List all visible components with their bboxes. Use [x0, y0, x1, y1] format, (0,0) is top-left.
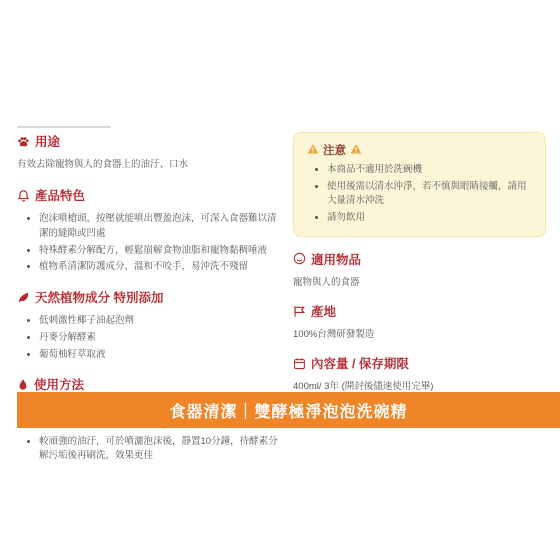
- caution-heading: 注意: [307, 142, 532, 158]
- natural-list: 低刺激性椰子油起泡劑 丹麥分解酵素 葡萄柚籽萃取液: [17, 314, 281, 362]
- usage-text: 有效去除寵物與人的食器上的油汙、口水: [17, 158, 281, 172]
- category-banner: 食器清潔｜雙酵極淨泡泡洗碗精: [17, 392, 560, 428]
- list-item: 植物系清潔防護成分，溫和不咬手，易沖洗不殘留: [39, 260, 281, 275]
- features-title: 產品特色: [35, 186, 85, 204]
- features-heading: 產品特色: [17, 186, 281, 204]
- warning-icon: [307, 143, 319, 158]
- section-applicable-items: 適用物品 寵物與人的食器: [293, 250, 546, 290]
- origin-text: 100%台灣研發製造: [293, 328, 546, 342]
- list-item: 泡沫噴槍頭，按壓就能噴出豐盈泡沫，可深入食器難以清潔的縫隙或凹處: [39, 212, 281, 241]
- section-usage: 用途 有效去除寵物與人的食器上的油汙、口水: [17, 132, 281, 172]
- list-item: 使用後需以清水沖淨，若不慎與眼睛接觸，請用大量清水沖洗: [327, 180, 532, 209]
- caution-title: 注意: [323, 142, 346, 158]
- natural-heading: 天然植物成分 特別添加: [17, 288, 281, 306]
- natural-title: 天然植物成分 特別添加: [35, 288, 163, 306]
- features-list: 泡沫噴槍頭，按壓就能噴出豐盈泡沫，可深入食器難以清潔的縫隙或凹處 特殊酵素分解配…: [17, 212, 281, 275]
- usage-title: 用途: [35, 132, 60, 150]
- section-divider: [17, 126, 111, 128]
- howto-heading: 使用方法: [17, 375, 281, 393]
- banner-title: 食器清潔｜雙酵極淨泡泡洗碗精: [169, 399, 407, 422]
- section-volume-shelf-life: 內容量 / 保存期限 400ml/ 3年 (開封後儘速使用完畢): [293, 354, 546, 394]
- usage-heading: 用途: [17, 132, 281, 150]
- caution-list: 本商品不適用於洗碗機 使用後需以清水沖淨，若不慎與眼睛接觸，請用大量清水沖洗 請…: [307, 163, 532, 226]
- origin-title: 產地: [311, 302, 336, 320]
- list-item: 請勿飲用: [327, 211, 532, 226]
- list-item: 較頑強的油汙，可於噴灑泡沫後，靜置10分鐘，待酵素分解污垢後再刷洗，效果更佳: [39, 435, 281, 464]
- flag-icon: [293, 305, 306, 318]
- droplet-icon: [17, 378, 29, 391]
- caution-box: 注意 本商品不適用於洗碗機 使用後需以清水沖淨，若不慎與眼睛接觸，請用大量清水沖…: [293, 132, 546, 237]
- calendar-icon: [293, 357, 306, 370]
- applicable-title: 適用物品: [311, 250, 361, 268]
- list-item: 丹麥分解酵素: [39, 331, 281, 346]
- list-item: 特殊酵素分解配方，輕鬆崩解食物油脂和寵物黏稠唾液: [39, 244, 281, 259]
- leaf-icon: [17, 291, 30, 304]
- applicable-text: 寵物與人的食器: [293, 276, 546, 290]
- list-item: 葡萄柚籽萃取液: [39, 348, 281, 363]
- list-item: 低刺激性椰子油起泡劑: [39, 314, 281, 329]
- section-natural-ingredients: 天然植物成分 特別添加 低刺激性椰子油起泡劑 丹麥分解酵素 葡萄柚籽萃取液: [17, 288, 281, 362]
- volume-title: 內容量 / 保存期限: [311, 354, 409, 372]
- smiley-icon: [293, 252, 306, 265]
- section-origin: 產地 100%台灣研發製造: [293, 302, 546, 342]
- list-item: 本商品不適用於洗碗機: [327, 163, 532, 178]
- warning-icon: [350, 143, 362, 158]
- paw-icon: [17, 135, 30, 148]
- volume-heading: 內容量 / 保存期限: [293, 354, 546, 372]
- bell-icon: [17, 189, 30, 202]
- applicable-heading: 適用物品: [293, 250, 546, 268]
- section-features: 產品特色 泡沫噴槍頭，按壓就能噴出豐盈泡沫，可深入食器難以清潔的縫隙或凹處 特殊…: [17, 186, 281, 275]
- howto-title: 使用方法: [34, 375, 84, 393]
- product-detail-page: 用途 有效去除寵物與人的食器上的油汙、口水 產品特色 泡沫噴槍頭，按壓就能噴出豐…: [0, 0, 560, 560]
- origin-heading: 產地: [293, 302, 546, 320]
